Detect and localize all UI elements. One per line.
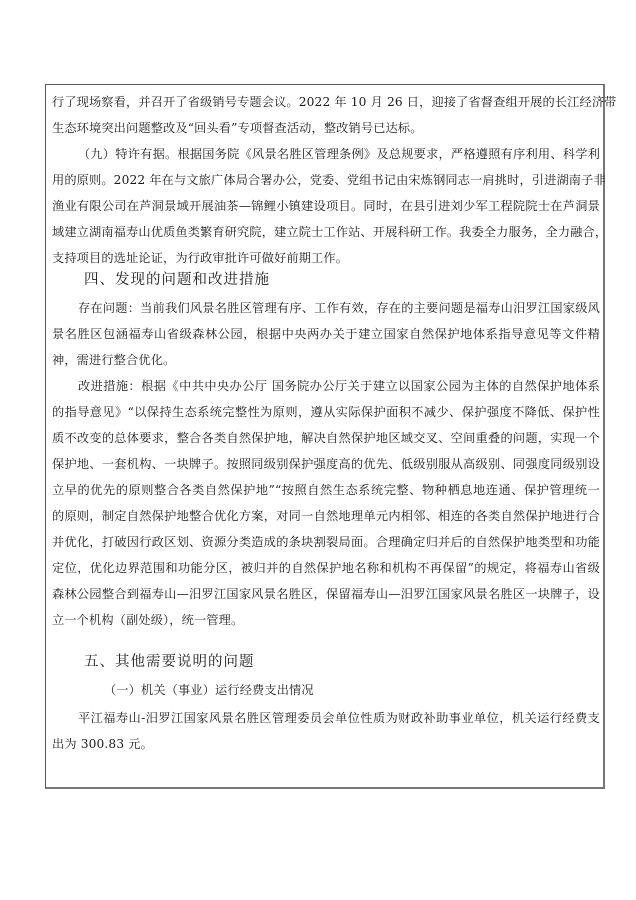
operating-cost-line: 出为 300.83 元。 (46, 737, 606, 751)
problems-line: 神，需进行整合优化。 (46, 353, 606, 367)
sub-1-heading: （一）机关（事业）运行经费支出情况 (46, 683, 606, 697)
para-9-line: 域建立湖南福寿山优质鱼类繁育研究院，建立院士工作站、开展科研工作。我委全力服务，… (46, 225, 606, 239)
measures-line: 定位，优化边界范围和功能分区，被归并的自然保护地名称和机构不再保留”的规定，将福… (46, 561, 606, 575)
measures-line: 改进措施：根据《中共中央办公厅 国务院办公厅关于建立以国家公园为主体的自然保护地… (46, 379, 606, 393)
para-9-line: 渔业有限公司在芦洞景域开展油茶—锦鲤小镇建设项目。同时，在县引进刘少军工程院院士… (46, 199, 606, 213)
problems-line: 存在问题：当前我们风景名胜区管理有序、工作有效，存在的主要问题是福寿山汨罗江国家… (46, 301, 606, 315)
measures-line: 立早的优先的原则整合各类自然保护地”“按照自然生态系统完整、物种栖息地连通、保护… (46, 483, 606, 497)
para-9-line: 用的原则。2022 年在与文旅广体局合署办公，党委、党组书记由宋炼钢同志一肩挑时… (46, 173, 606, 187)
measures-line: 并优化，打破因行政区划、资源分类造成的条块割裂局面。合理确定归并后的自然保护地类… (46, 535, 606, 549)
measures-line: 森林公园整合到福寿山—汨罗江国家风景名胜区，保留福寿山—汨罗江国家风景名胜区一块… (46, 587, 606, 601)
measures-line: 的原则，制定自然保护地整合优化方案，对同一自然地理单元内相邻、相连的各类自然保护… (46, 509, 606, 523)
operating-cost-line: 平江福寿山-汨罗江国家风景名胜区管理委员会单位性质为财政补助事业单位，机关运行经… (46, 711, 606, 725)
measures-line: 立一个机构（副处级），统一管理。 (46, 613, 606, 627)
text-line: 行了现场察看，并召开了省级销号专题会议。2022 年 10 月 26 日，迎接了… (46, 95, 606, 109)
measures-line: 质不改变的总体要求，整合各类自然保护地，解决自然保护地区域交叉、空间重叠的问题，… (46, 431, 606, 445)
measures-line: 的指导意见》“以保持生态系统完整性为原则，遵从实际保护面积不减少、保护强度不降低… (46, 405, 606, 419)
document-table-cell: 行了现场察看，并召开了省级销号专题会议。2022 年 10 月 26 日，迎接了… (45, 84, 605, 789)
measures-line: 保护地、一套机构、一块牌子。按照同级别保护强度高的优先、低级别服从高级别、同强度… (46, 457, 606, 471)
para-9-line: 支持项目的选址论证，为行政审批许可做好前期工作。 (46, 251, 606, 265)
problems-line: 景名胜区包涵福寿山省级森林公园，根据中央两办关于建立国家自然保护地体系指导意见等… (46, 327, 606, 341)
text-line: 生态环境突出问题整改及“回头看”专项督查活动，整改销号已达标。 (46, 121, 606, 135)
section-4-heading: 四、发现的问题和改进措施 (46, 273, 606, 287)
section-5-heading: 五、其他需要说明的问题 (46, 655, 606, 669)
para-9-line: （九）特许有据。根据国务院《风景名胜区管理条例》及总规要求，严格遵照有序利用、科… (46, 147, 606, 161)
